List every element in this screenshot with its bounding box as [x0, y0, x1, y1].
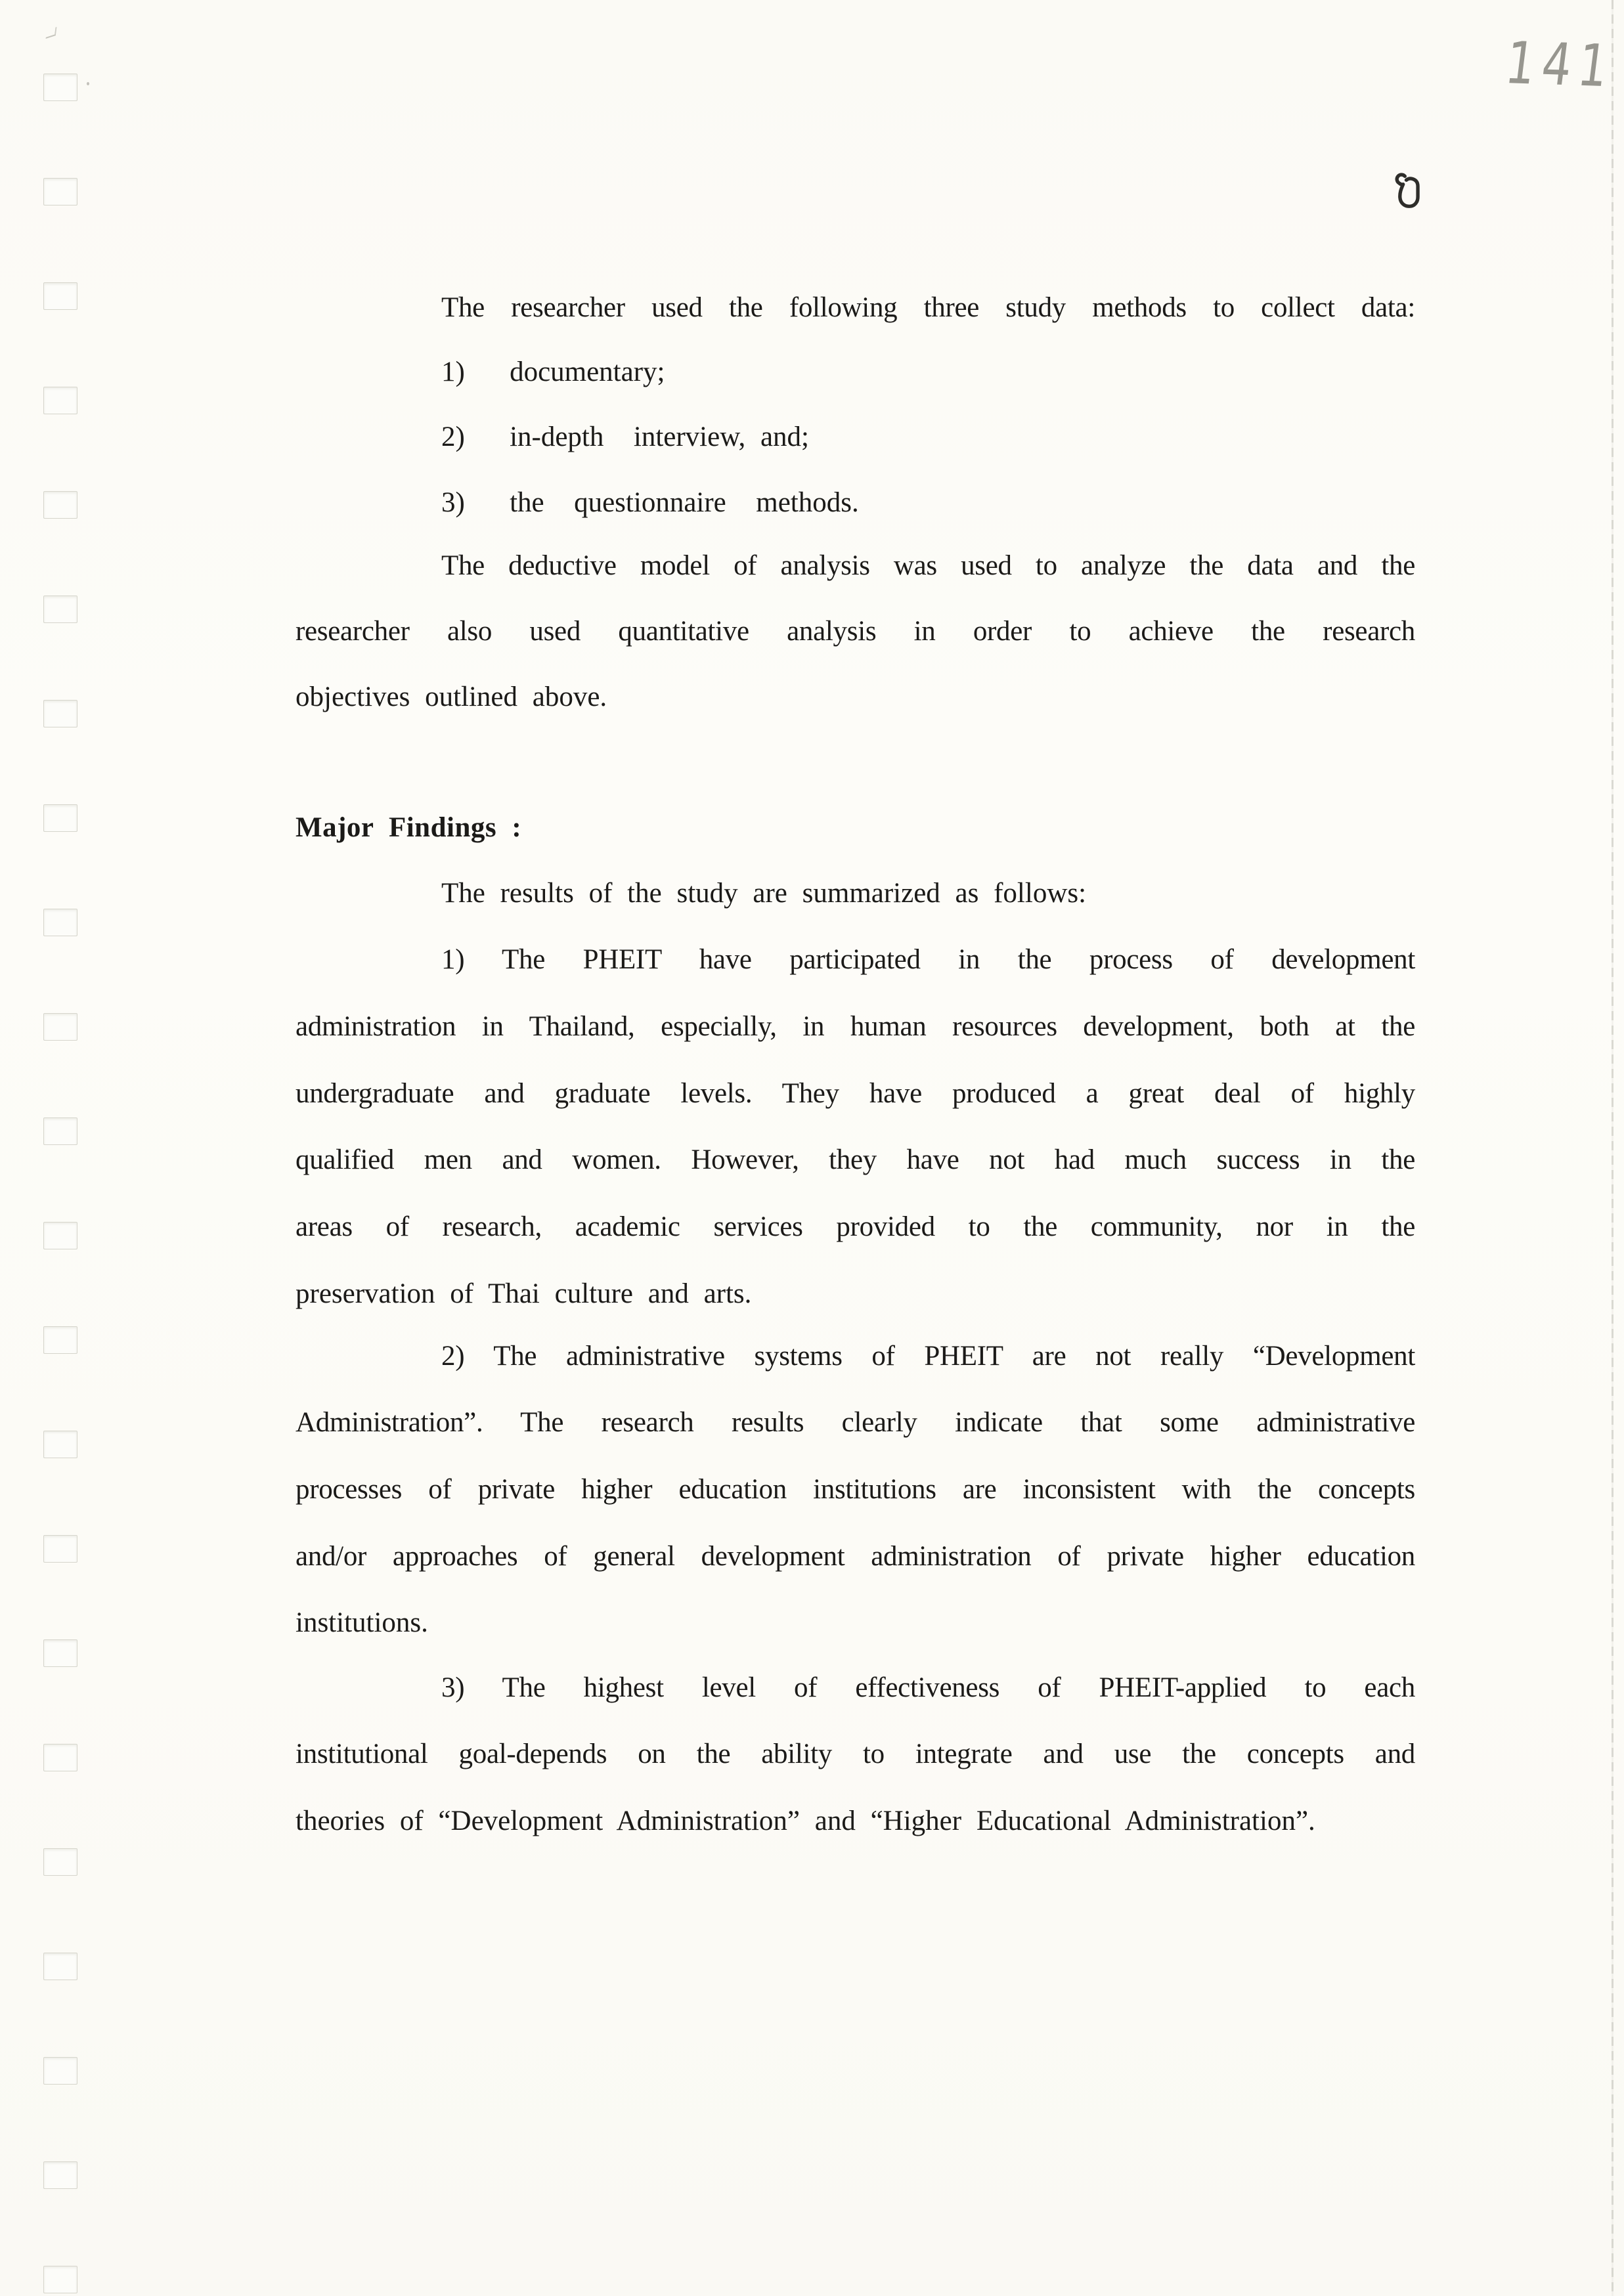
binding-hole [43, 2161, 77, 2189]
text-line: qualified men and women. However, they h… [296, 1146, 1415, 1174]
binding-hole [43, 700, 77, 727]
list-item: 2) in-depth interview, and; [296, 423, 1415, 451]
text-line: objectives outlined above. [296, 683, 1415, 711]
binding-hole [43, 909, 77, 936]
binding-hole [43, 178, 77, 206]
binding-hole [43, 491, 77, 519]
text-line: researcher also used quantitative analys… [296, 617, 1415, 645]
binding-hole [43, 596, 77, 623]
handwritten-page-number: 141 [1502, 29, 1619, 100]
thai-page-letter-icon [1391, 169, 1433, 217]
text-line: 1) The PHEIT have participated in the pr… [296, 945, 1415, 974]
pencil-scribble-mark [46, 27, 57, 39]
list-item: 1) documentary; [296, 358, 1415, 386]
binding-hole [43, 1431, 77, 1458]
text-line: administration in Thailand, especially, … [296, 1012, 1415, 1041]
binding-hole [43, 1222, 77, 1249]
binding-hole [43, 2057, 77, 2085]
text-line: institutions. [296, 1609, 1415, 1637]
binding-hole [43, 282, 77, 310]
binding-hole [43, 804, 77, 832]
page-edge-shadow [1612, 0, 1613, 2296]
text-line: areas of research, academic services pro… [296, 1213, 1415, 1241]
binding-hole [43, 2266, 77, 2293]
binding-hole [43, 1013, 77, 1041]
binding-hole [43, 74, 77, 101]
text-line: theories of “Development Administration”… [296, 1807, 1415, 1835]
text-line: undergraduate and graduate levels. They … [296, 1079, 1415, 1108]
text-line: 2) The administrative systems of PHEIT a… [296, 1342, 1415, 1370]
text-line: Administration”. The research results cl… [296, 1408, 1415, 1437]
text-line: The results of the study are summarized … [296, 879, 1415, 907]
text-line: processes of private higher education in… [296, 1475, 1415, 1504]
heading-major-findings: Major Findings : [296, 813, 1415, 842]
text-line: 3) The highest level of effectiveness of… [296, 1674, 1415, 1702]
binding-hole [43, 1326, 77, 1354]
binding-hole [43, 1744, 77, 1771]
text-line: preservation of Thai culture and arts. [296, 1280, 1415, 1308]
binding-hole [43, 387, 77, 414]
text-line: The deductive model of analysis was used… [296, 552, 1415, 580]
list-item: 3) the questionnaire methods. [296, 488, 1415, 517]
binding-hole [43, 1848, 77, 1876]
binding-holes [43, 74, 77, 2293]
scanned-document-page: 141 The researcher used the following th… [0, 0, 1624, 2296]
binding-hole [43, 1953, 77, 1980]
scan-speck [87, 82, 89, 85]
binding-hole [43, 1117, 77, 1145]
binding-hole [43, 1535, 77, 1563]
text-line: The researcher used the following three … [296, 293, 1415, 322]
text-line: institutional goal-depends on the abilit… [296, 1740, 1415, 1768]
binding-hole [43, 1639, 77, 1667]
text-line: and/or approaches of general development… [296, 1542, 1415, 1570]
